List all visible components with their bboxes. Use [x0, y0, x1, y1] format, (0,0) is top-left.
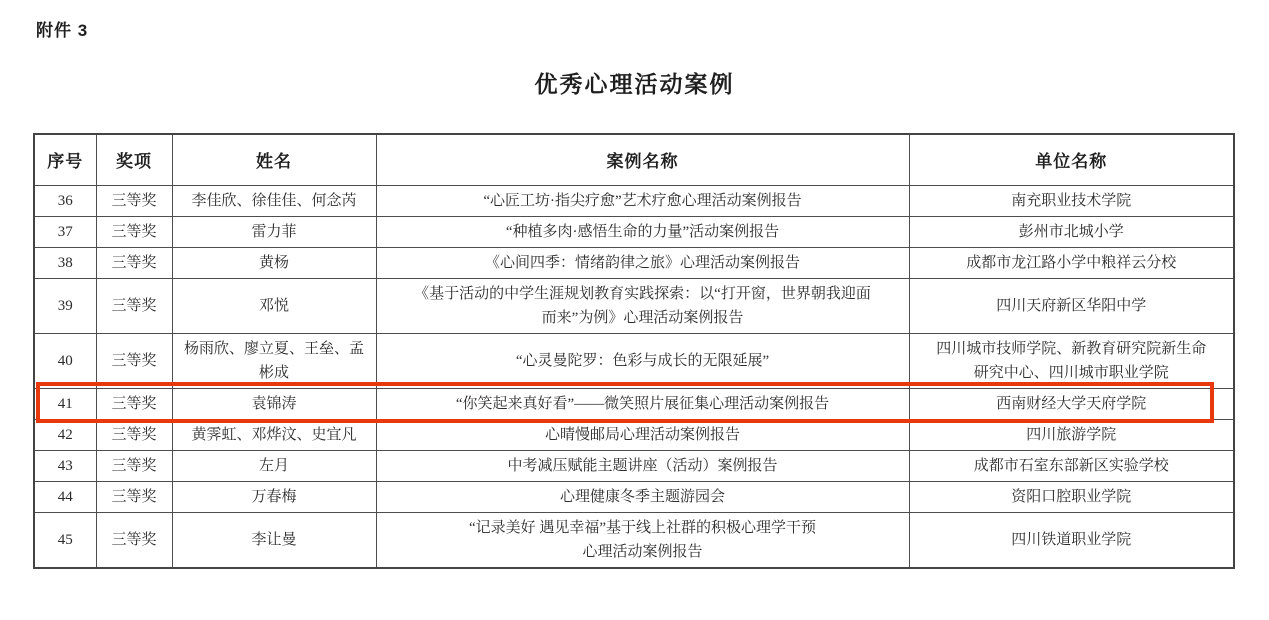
cell-award: 三等奖 [96, 247, 172, 278]
cell-org: 四川天府新区华阳中学 [909, 278, 1234, 333]
awards-table: 序号 奖项 姓名 案例名称 单位名称 36三等奖李佳欣、徐佳佳、何念芮“心匠工坊… [33, 133, 1235, 569]
cell-case: 心晴慢邮局心理活动案例报告 [376, 419, 909, 450]
table-row: 36三等奖李佳欣、徐佳佳、何念芮“心匠工坊·指尖疗愈”艺术疗愈心理活动案例报告南… [34, 185, 1234, 216]
table-row: 42三等奖黄霁虹、邓烨汶、史宜凡心晴慢邮局心理活动案例报告四川旅游学院 [34, 419, 1234, 450]
cell-case: 《心间四季：情绪韵律之旅》心理活动案例报告 [376, 247, 909, 278]
attachment-label: 附件 3 [36, 16, 88, 41]
table-row: 39三等奖邓悦《基于活动的中学生涯规划教育实践探索：以“打开窗，世界朝我迎面 而… [34, 278, 1234, 333]
cell-names: 万春梅 [172, 481, 376, 512]
cell-case: 中考减压赋能主题讲座（活动）案例报告 [376, 450, 909, 481]
table-row: 44三等奖万春梅心理健康冬季主题游园会资阳口腔职业学院 [34, 481, 1234, 512]
cell-case: 心理健康冬季主题游园会 [376, 481, 909, 512]
cell-names: 李佳欣、徐佳佳、何念芮 [172, 185, 376, 216]
cell-case: 《基于活动的中学生涯规划教育实践探索：以“打开窗，世界朝我迎面 而来”为例》心理… [376, 278, 909, 333]
cell-number: 45 [34, 512, 96, 568]
cell-org: 四川城市技师学院、新教育研究院新生命 研究中心、四川城市职业学院 [909, 333, 1234, 388]
cell-org: 资阳口腔职业学院 [909, 481, 1234, 512]
cell-number: 39 [34, 278, 96, 333]
cell-org: 彭州市北城小学 [909, 216, 1234, 247]
cell-case: “心匠工坊·指尖疗愈”艺术疗愈心理活动案例报告 [376, 185, 909, 216]
cell-names: 李让曼 [172, 512, 376, 568]
cell-number: 41 [34, 388, 96, 419]
cell-names: 雷力菲 [172, 216, 376, 247]
cell-names: 黄霁虹、邓烨汶、史宜凡 [172, 419, 376, 450]
cell-award: 三等奖 [96, 419, 172, 450]
cell-number: 40 [34, 333, 96, 388]
cell-number: 43 [34, 450, 96, 481]
table-row: 40三等奖杨雨欣、廖立夏、王垒、孟 彬成“心灵曼陀罗：色彩与成长的无限延展”四川… [34, 333, 1234, 388]
table-row: 38三等奖黄杨《心间四季：情绪韵律之旅》心理活动案例报告成都市龙江路小学中粮祥云… [34, 247, 1234, 278]
table-row: 43三等奖左月中考减压赋能主题讲座（活动）案例报告成都市石室东部新区实验学校 [34, 450, 1234, 481]
cell-award: 三等奖 [96, 450, 172, 481]
cell-case: “你笑起来真好看”——微笑照片展征集心理活动案例报告 [376, 388, 909, 419]
cell-case: “种植多肉·感悟生命的力量”活动案例报告 [376, 216, 909, 247]
col-header-award: 奖项 [96, 134, 172, 185]
cell-award: 三等奖 [96, 388, 172, 419]
table-row: 45三等奖李让曼“记录美好 遇见幸福”基于线上社群的积极心理学干预 心理活动案例… [34, 512, 1234, 568]
cell-org: 西南财经大学天府学院 [909, 388, 1234, 419]
table-row: 37三等奖雷力菲“种植多肉·感悟生命的力量”活动案例报告彭州市北城小学 [34, 216, 1234, 247]
cell-names: 邓悦 [172, 278, 376, 333]
cell-case: “心灵曼陀罗：色彩与成长的无限延展” [376, 333, 909, 388]
cell-case: “记录美好 遇见幸福”基于线上社群的积极心理学干预 心理活动案例报告 [376, 512, 909, 568]
col-header-names: 姓名 [172, 134, 376, 185]
cell-names: 黄杨 [172, 247, 376, 278]
table-body: 36三等奖李佳欣、徐佳佳、何念芮“心匠工坊·指尖疗愈”艺术疗愈心理活动案例报告南… [34, 185, 1234, 568]
table-wrapper: 序号 奖项 姓名 案例名称 单位名称 36三等奖李佳欣、徐佳佳、何念芮“心匠工坊… [33, 133, 1233, 569]
cell-award: 三等奖 [96, 512, 172, 568]
cell-award: 三等奖 [96, 333, 172, 388]
col-header-number: 序号 [34, 134, 96, 185]
col-header-org: 单位名称 [909, 134, 1234, 185]
cell-names: 袁锦涛 [172, 388, 376, 419]
table-row: 41三等奖袁锦涛“你笑起来真好看”——微笑照片展征集心理活动案例报告西南财经大学… [34, 388, 1234, 419]
cell-number: 38 [34, 247, 96, 278]
cell-org: 四川铁道职业学院 [909, 512, 1234, 568]
cell-names: 杨雨欣、廖立夏、王垒、孟 彬成 [172, 333, 376, 388]
cell-award: 三等奖 [96, 216, 172, 247]
cell-org: 四川旅游学院 [909, 419, 1234, 450]
page-title: 优秀心理活动案例 [0, 66, 1269, 99]
cell-award: 三等奖 [96, 278, 172, 333]
cell-number: 44 [34, 481, 96, 512]
cell-award: 三等奖 [96, 185, 172, 216]
cell-names: 左月 [172, 450, 376, 481]
cell-number: 37 [34, 216, 96, 247]
cell-org: 成都市石室东部新区实验学校 [909, 450, 1234, 481]
cell-award: 三等奖 [96, 481, 172, 512]
cell-org: 南充职业技术学院 [909, 185, 1234, 216]
col-header-case: 案例名称 [376, 134, 909, 185]
cell-number: 36 [34, 185, 96, 216]
cell-org: 成都市龙江路小学中粮祥云分校 [909, 247, 1234, 278]
cell-number: 42 [34, 419, 96, 450]
table-header-row: 序号 奖项 姓名 案例名称 单位名称 [34, 134, 1234, 185]
